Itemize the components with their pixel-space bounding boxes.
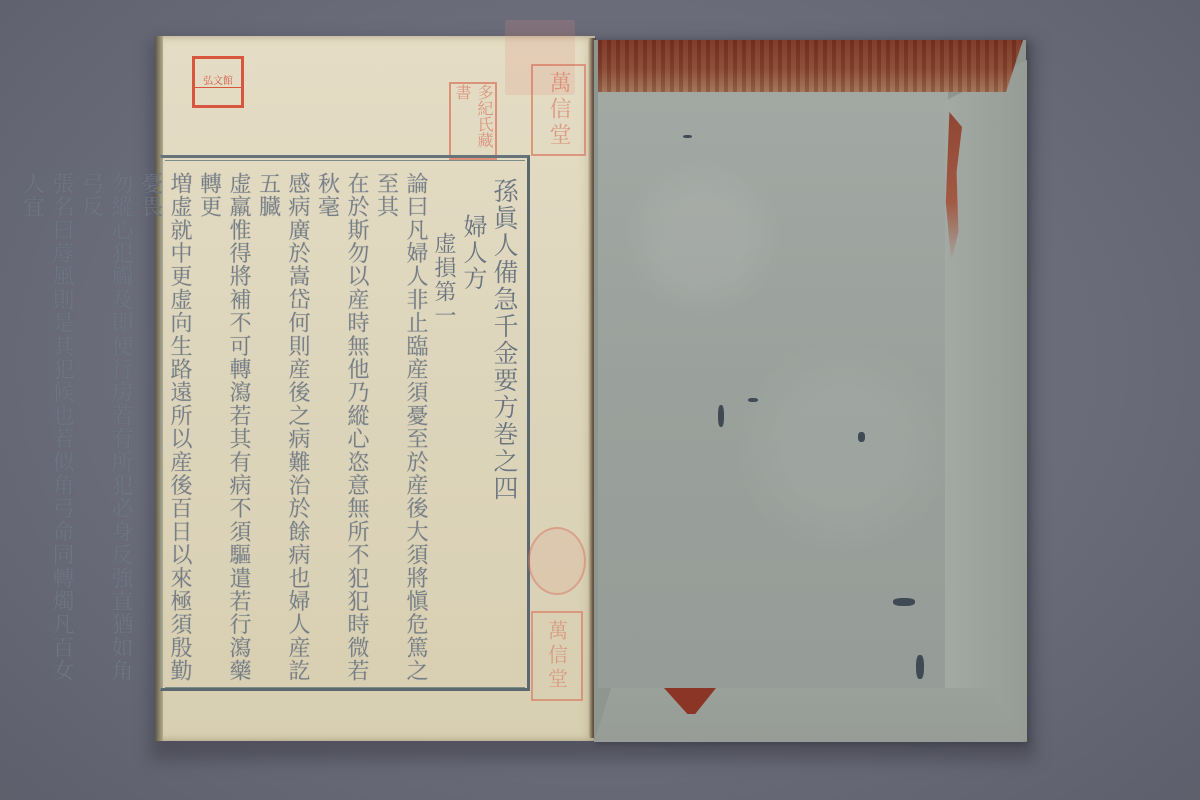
- text-column: 張名曰蓐風則是其犯候也若似角弓命同轉燭凡百女人宜: [17, 172, 76, 687]
- text-column: 論曰凡婦人非止臨産須憂至於産後大須將愼危篤之至其: [371, 172, 430, 687]
- seal-collection-text: 多紀氏藏書: [451, 84, 495, 158]
- text-column: 勿縱心犯觸及即便行房若有所犯必身反強直猶如角弓反: [76, 172, 135, 687]
- text-column: 増虚就中更虚向生路遠所以産後百日以來極須殷勤憂畏: [135, 172, 194, 687]
- paper-speck: [858, 432, 865, 442]
- seal-bottom-text: 萬信堂: [543, 620, 572, 692]
- cover-top-band: [598, 40, 1023, 92]
- seal-bottom: 萬信堂: [531, 611, 583, 701]
- text-column: 感病廣於嵩岱何則産後之病難治於餘病也婦人産訖五臓: [253, 172, 312, 687]
- paper-speck: [718, 405, 724, 427]
- chapter-heading: 虚損第一: [428, 232, 459, 328]
- seal-tall-text: 萬信堂: [543, 71, 574, 149]
- book-title: 孫眞人備急千金要方巻之四: [486, 178, 522, 502]
- text-column: 在於斯勿以産時無他乃縱心恣意無所不犯犯時微若秋毫: [312, 172, 371, 687]
- paper-speck: [748, 398, 758, 402]
- seal-tall: 萬信堂: [531, 64, 586, 156]
- paper-speck: [893, 598, 915, 606]
- seal-collection: 多紀氏藏書: [449, 82, 497, 160]
- paper-speck: [683, 135, 692, 138]
- seal-top-left-text: 弘文館: [195, 76, 241, 88]
- text-column: 虚羸惟得將補不可轉瀉若其有病不須驅遣若行瀉藥轉更: [194, 172, 253, 687]
- seal-round: [528, 527, 586, 595]
- paper-speck: [916, 655, 924, 679]
- section-heading: 婦人方: [456, 214, 491, 292]
- seal-top-left: 弘文館: [192, 56, 244, 108]
- body-text: 論曰凡婦人非止臨産須憂至於産後大須將愼危篤之至其 在於斯勿以産時無他乃縱心恣意無…: [168, 172, 430, 687]
- cover-bottom-flap: [594, 688, 1024, 742]
